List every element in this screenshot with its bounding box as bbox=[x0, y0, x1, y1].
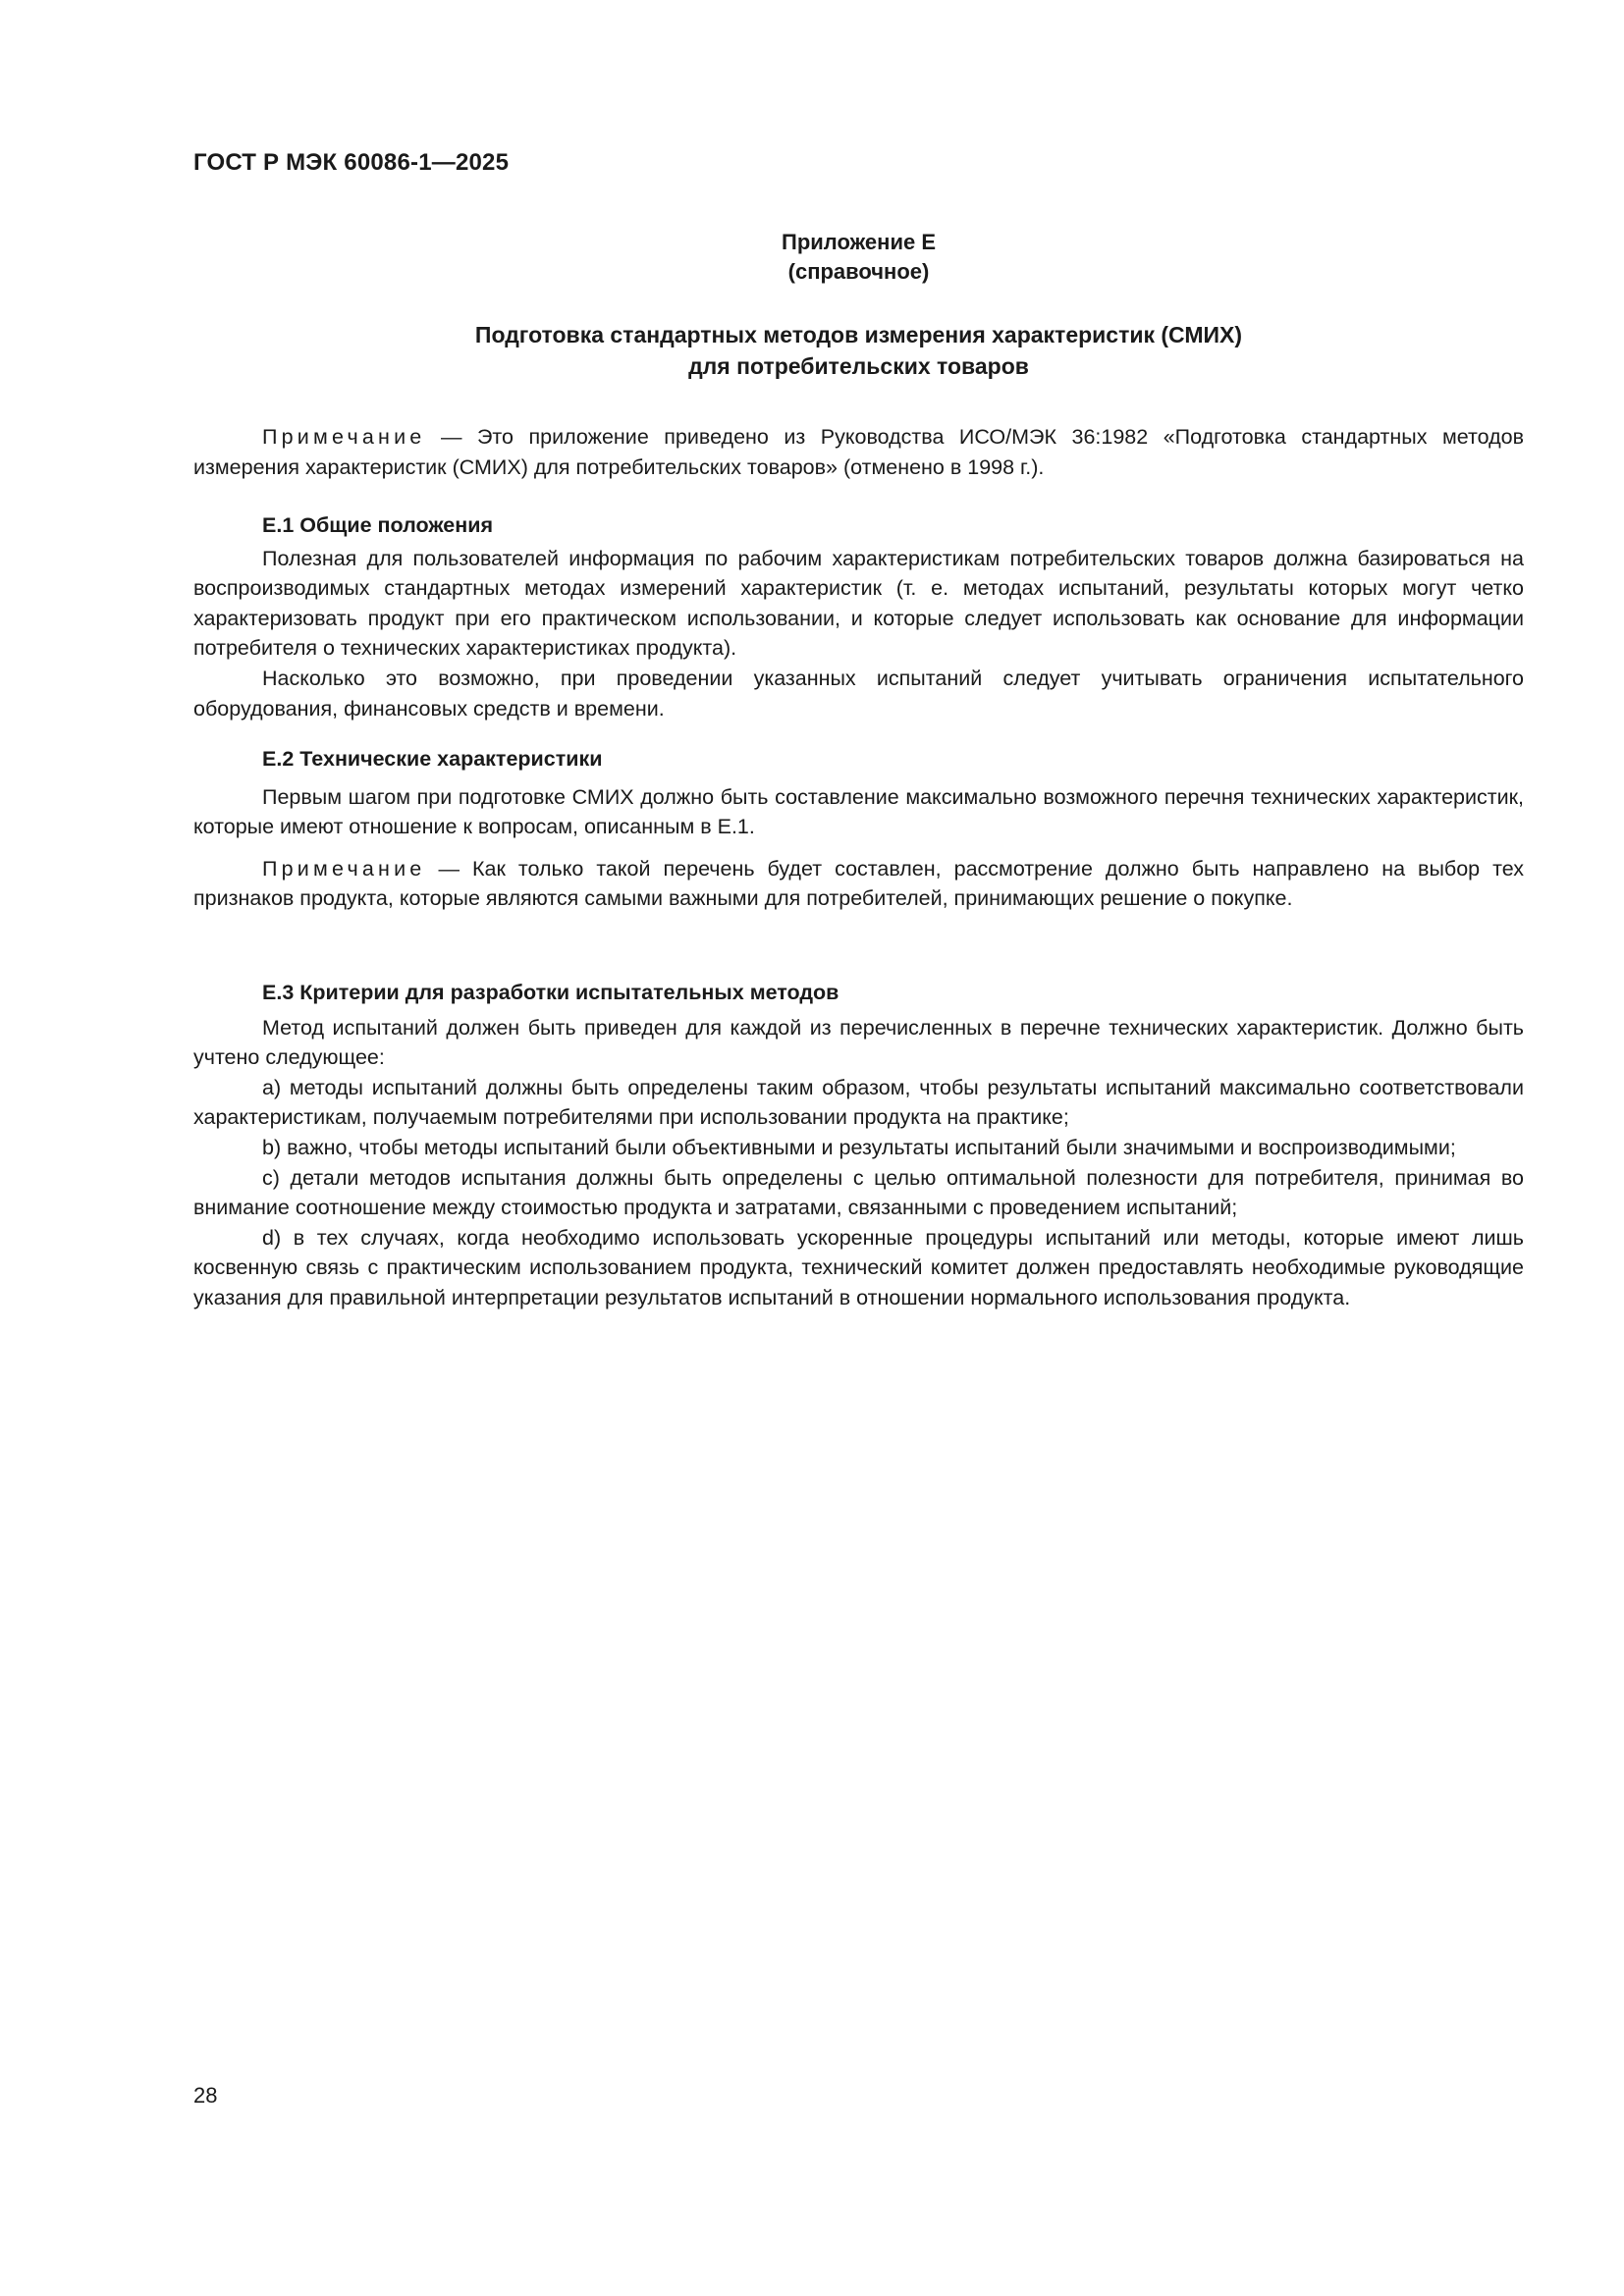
intro-note: Примечание — Это приложение приведено из… bbox=[193, 422, 1524, 482]
paragraph: Первым шагом при подготовке СМИХ должно … bbox=[193, 782, 1524, 842]
list-item-b: b) важно, чтобы методы испытаний были об… bbox=[193, 1133, 1524, 1163]
paragraph: Насколько это возможно, при проведении у… bbox=[193, 664, 1524, 723]
section-e3: Е.3 Критерии для разработки испытательны… bbox=[193, 978, 1524, 1313]
annex-header: Приложение Е (справочное) bbox=[193, 228, 1524, 287]
annex-label: Приложение Е bbox=[193, 228, 1524, 257]
note-label: Примечание bbox=[262, 857, 425, 881]
annex-title: Подготовка стандартных методов измерения… bbox=[193, 319, 1524, 382]
list-item-c: c) детали методов испытания должны быть … bbox=[193, 1163, 1524, 1223]
note-label: Примечание bbox=[262, 425, 425, 449]
section-e1: Е.1 Общие положения Полезная для пользов… bbox=[193, 510, 1524, 723]
section-heading: Е.3 Критерии для разработки испытательны… bbox=[193, 978, 1524, 1008]
page-number: 28 bbox=[193, 2083, 217, 2109]
list-item-d: d) в тех случаях, когда необходимо испол… bbox=[193, 1223, 1524, 1313]
annex-status: (справочное) bbox=[193, 257, 1524, 287]
document-code: ГОСТ Р МЭК 60086-1—2025 bbox=[193, 149, 509, 177]
list-item-a: a) методы испытаний должны быть определе… bbox=[193, 1073, 1524, 1133]
paragraph: Полезная для пользователей информация по… bbox=[193, 544, 1524, 664]
annex-title-line-2: для потребительских товаров bbox=[688, 353, 1029, 379]
section-e2: Е.2 Технические характеристики Первым ша… bbox=[193, 744, 1524, 914]
section-note: Примечание — Как только такой перечень б… bbox=[193, 854, 1524, 914]
section-heading: Е.2 Технические характеристики bbox=[193, 744, 1524, 774]
annex-title-line-1: Подготовка стандартных методов измерения… bbox=[475, 322, 1242, 347]
paragraph: Метод испытаний должен быть приведен для… bbox=[193, 1013, 1524, 1073]
section-heading: Е.1 Общие положения bbox=[193, 510, 1524, 541]
